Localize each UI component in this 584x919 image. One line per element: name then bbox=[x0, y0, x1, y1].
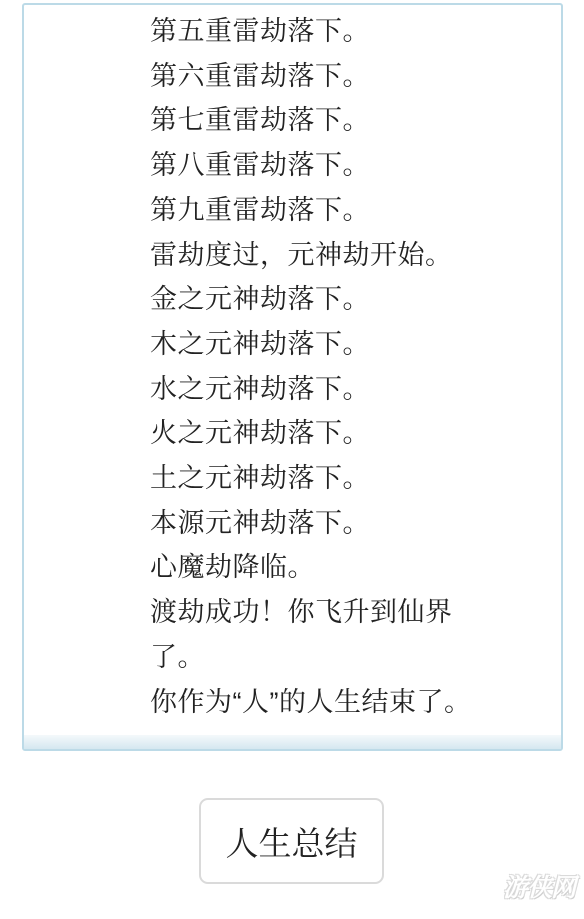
log-entry: 你作为“人”的人生结束了。 bbox=[150, 680, 561, 725]
log-entry: 金之元神劫落下。 bbox=[150, 277, 486, 322]
life-summary-button[interactable]: 人生总结 bbox=[199, 798, 384, 884]
log-entry: 第八重雷劫落下。 bbox=[150, 143, 486, 188]
horizontal-scrollbar[interactable] bbox=[24, 735, 561, 749]
log-entry: 第五重雷劫落下。 bbox=[150, 9, 486, 54]
log-entry: 第七重雷劫落下。 bbox=[150, 98, 486, 143]
event-log-scroll-area[interactable]: 第五重雷劫落下。 第六重雷劫落下。 第七重雷劫落下。 第八重雷劫落下。 第九重雷… bbox=[24, 5, 561, 733]
log-entry: 第九重雷劫落下。 bbox=[150, 188, 486, 233]
event-log-panel: 第五重雷劫落下。 第六重雷劫落下。 第七重雷劫落下。 第八重雷劫落下。 第九重雷… bbox=[22, 3, 563, 751]
log-entry: 渡劫成功！你飞升到仙界了。 bbox=[150, 590, 486, 679]
log-entry: 本源元神劫落下。 bbox=[150, 501, 486, 546]
log-entry: 第六重雷劫落下。 bbox=[150, 54, 486, 99]
log-entry: 心魔劫降临。 bbox=[150, 545, 486, 590]
log-entry: 水之元神劫落下。 bbox=[150, 367, 486, 412]
log-entry: 火之元神劫落下。 bbox=[150, 411, 486, 456]
log-entry: 木之元神劫落下。 bbox=[150, 322, 486, 367]
watermark: 游侠网 bbox=[503, 868, 575, 904]
log-entry: 土之元神劫落下。 bbox=[150, 456, 486, 501]
log-entry: 雷劫度过，元神劫开始。 bbox=[150, 233, 486, 278]
game-screen: 第五重雷劫落下。 第六重雷劫落下。 第七重雷劫落下。 第八重雷劫落下。 第九重雷… bbox=[0, 0, 584, 919]
